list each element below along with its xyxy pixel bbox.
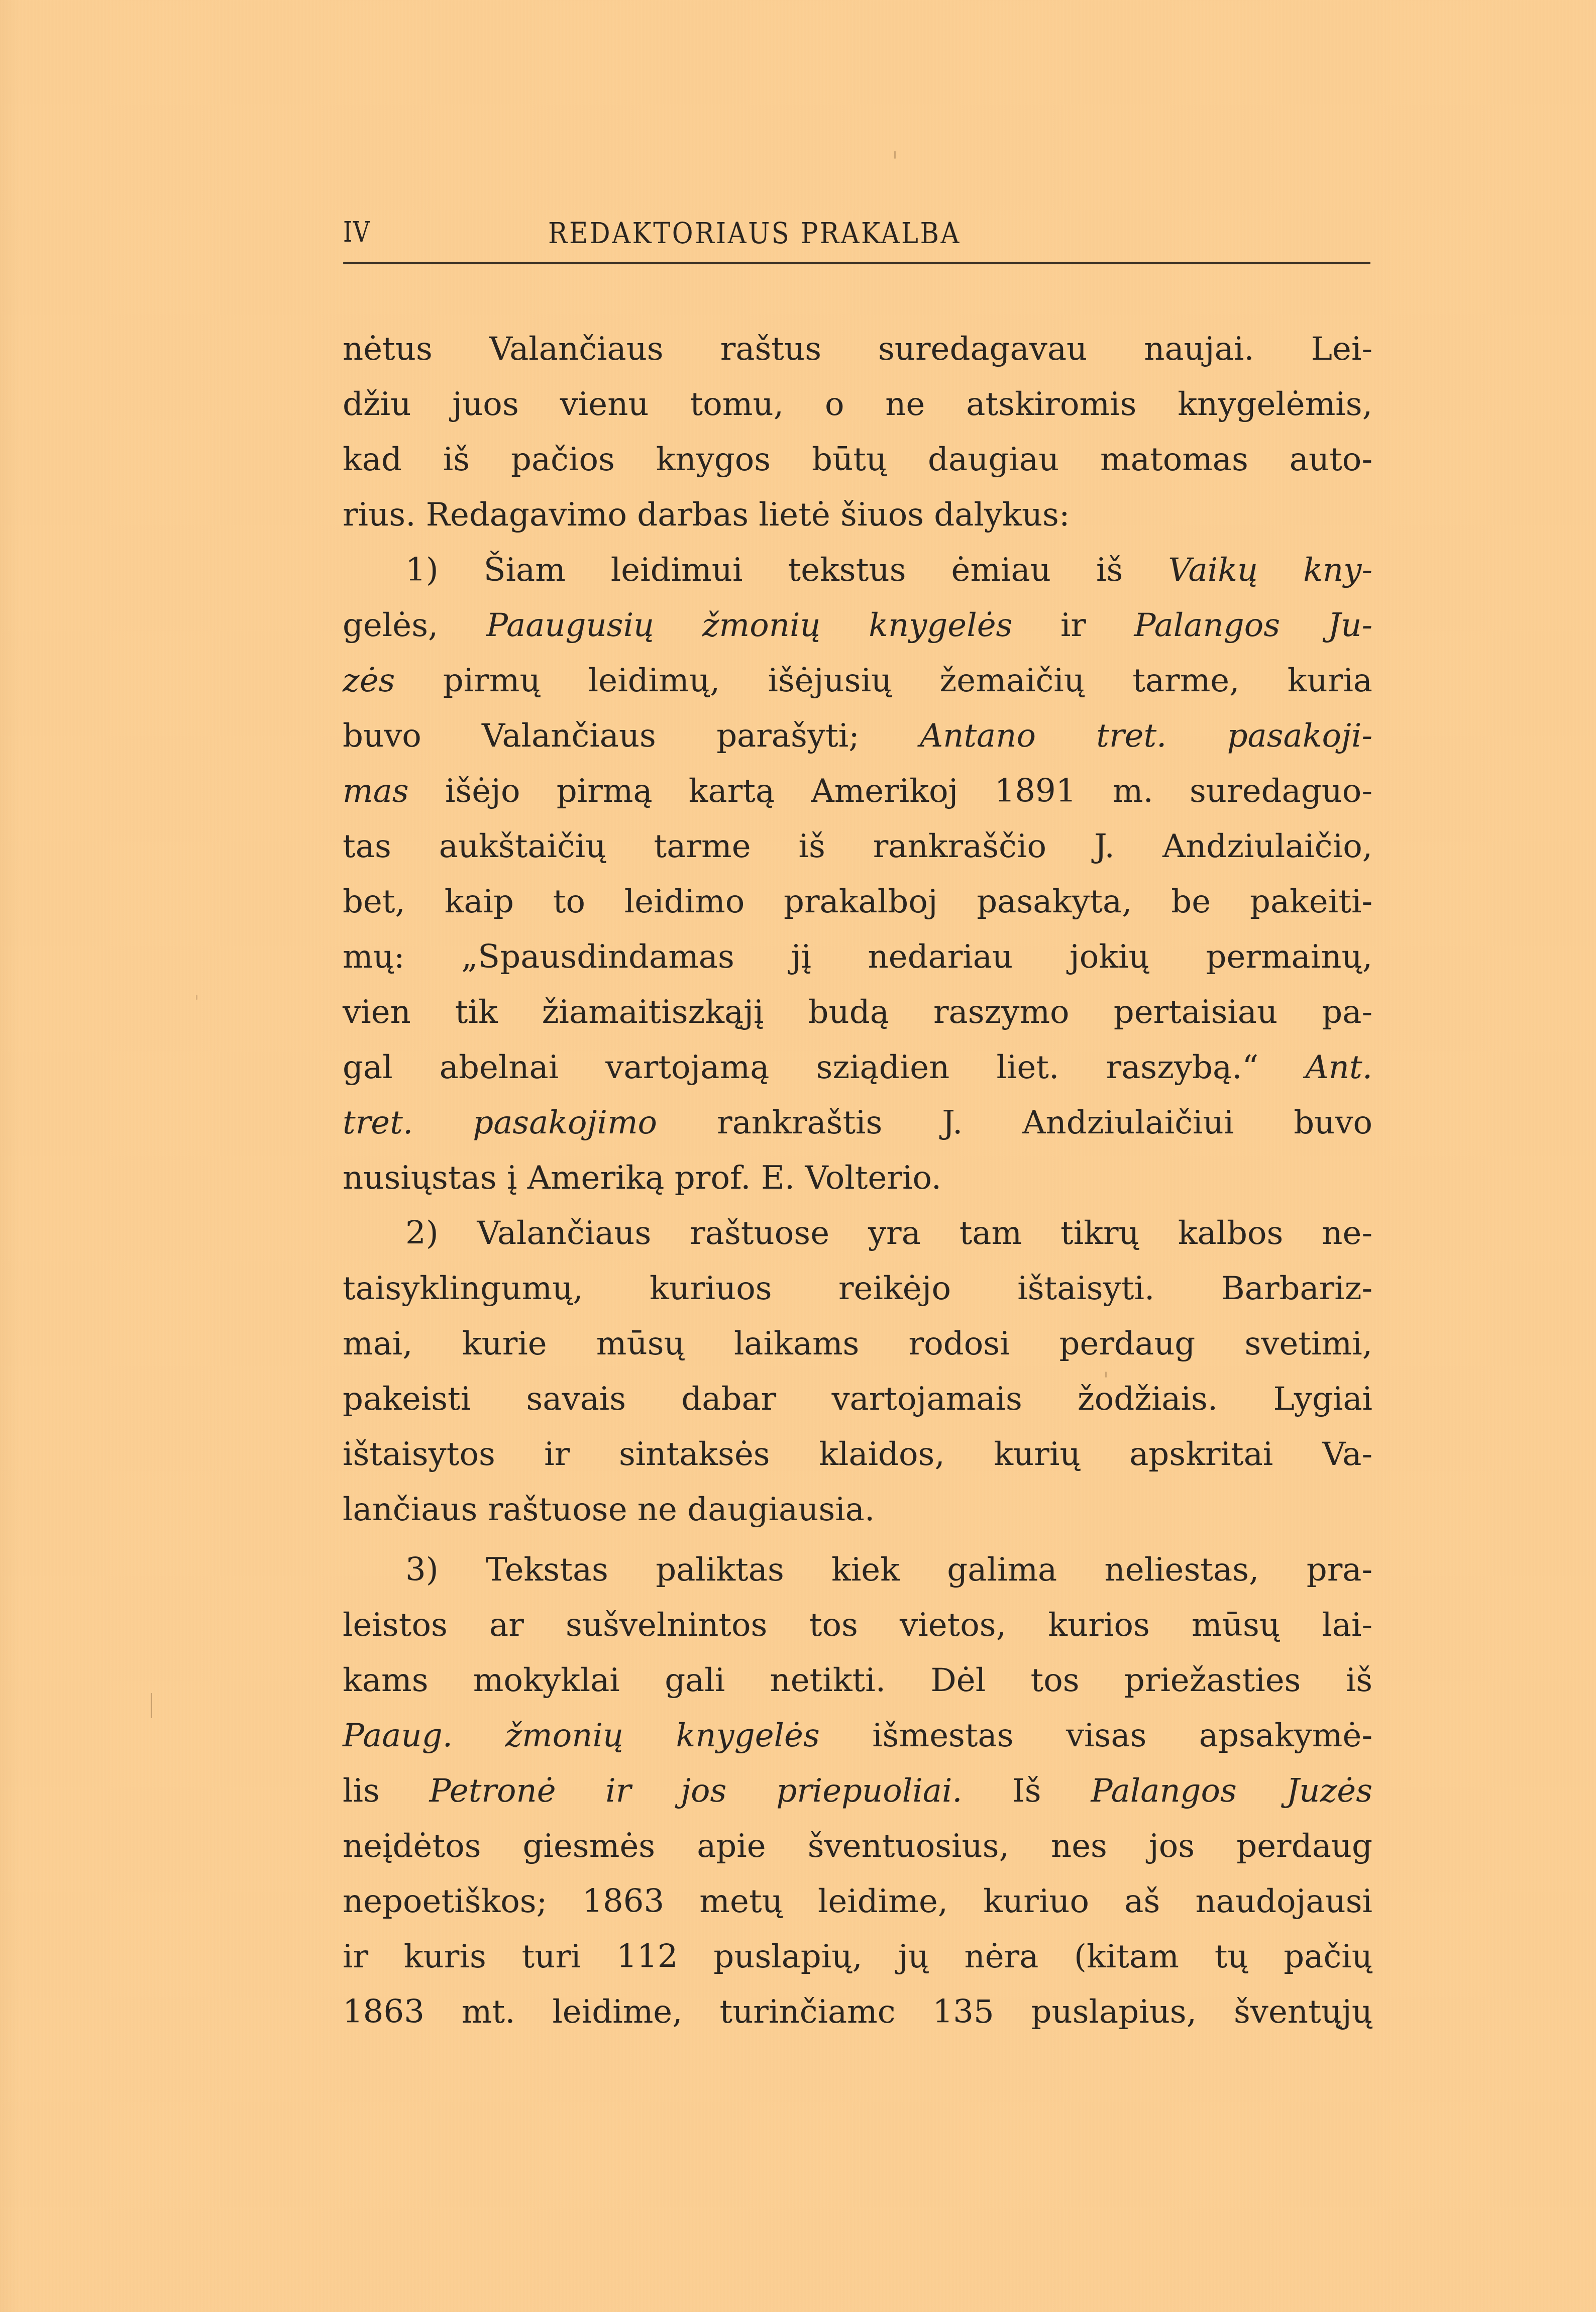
text-run: rankraštis J. Andziulaičiui buvo — [657, 1104, 1372, 1141]
italic-title: Paaugusių žmonių knygelės — [486, 607, 1013, 644]
text-line-item-1-start: 1) Šiam leidimui tekstus ėmiau iš Vaikų … — [343, 543, 1372, 598]
text-line: nėtus Valančiaus raštus suredagavau nauj… — [343, 322, 1372, 377]
text-line: zės pirmų leidimų, išėjusių žemaičių tar… — [343, 653, 1372, 708]
running-title: REDAKTORIAUS PRAKALBA — [548, 216, 961, 250]
text-line: lančiaus raštuose ne daugiausia. — [343, 1482, 1372, 1537]
text-line: 1863 mt. leidime, turinčiamc 135 puslapi… — [343, 1984, 1372, 2040]
text-line: vien tik žiamaitiszkąjį budą raszymo per… — [343, 985, 1372, 1040]
text-run: lis — [343, 1772, 430, 1810]
text-line: ir kuris turi 112 puslapių, jų nėra (kit… — [343, 1929, 1372, 1984]
text-line: nusiųstas į Ameriką prof. E. Volterio. — [343, 1150, 1372, 1206]
text-line: pakeisti savais dabar vartojamais žodžia… — [343, 1372, 1372, 1427]
paper-speck — [894, 151, 896, 159]
text-line: Paaug. žmonių knygelės išmestas visas ap… — [343, 1708, 1372, 1763]
text-line: neįdėtos giesmės apie šventuosius, nes j… — [343, 1819, 1372, 1874]
text-run: 1) Šiam leidimui tekstus ėmiau iš — [405, 552, 1168, 589]
italic-title: Palangos Ju- — [1134, 607, 1372, 644]
italic-title: Paaug. žmonių knygelės — [343, 1717, 820, 1754]
text-line: gal abelnai vartojamą sziądien liet. ras… — [343, 1040, 1372, 1095]
text-run: gal abelnai vartojamą sziądien liet. ras… — [343, 1049, 1306, 1086]
text-run: gelės, — [343, 607, 486, 644]
paper-speck — [196, 995, 197, 1000]
italic-title: Antano tret. pasakoji- — [920, 717, 1372, 755]
text-run: išėjo pirmą kartą Amerikoj 1891 m. sured… — [409, 773, 1372, 810]
header-rule — [343, 262, 1370, 264]
text-line: kad iš pačios knygos būtų daugiau matoma… — [343, 432, 1372, 487]
italic-title: Ant. — [1306, 1049, 1373, 1086]
text-line: gelės, Paaugusių žmonių knygelės ir Pala… — [343, 598, 1372, 653]
italic-title: Palangos Juzės — [1091, 1772, 1372, 1810]
text-line: rius. Redagavimo darbas lietė šiuos daly… — [343, 487, 1372, 543]
italic-title: tret. pasakojimo — [343, 1104, 657, 1141]
text-line: mai, kurie mūsų laikams rodosi perdaug s… — [343, 1316, 1372, 1372]
text-line: buvo Valančiaus parašyti; Antano tret. p… — [343, 708, 1372, 764]
text-line: taisyklingumų, kuriuos reikėjo ištaisyti… — [343, 1261, 1372, 1316]
page-number: IV — [343, 216, 371, 249]
text-line: mas išėjo pirmą kartą Amerikoj 1891 m. s… — [343, 764, 1372, 819]
text-line: mų: „Spausdindamas jį nedariau jokių per… — [343, 929, 1372, 985]
body-text: nėtus Valančiaus raštus suredagavau nauj… — [343, 322, 1372, 2040]
text-line: džiu juos vienu tomu, o ne atskiromis kn… — [343, 377, 1372, 432]
text-line-item-2-start: 2) Valančiaus raštuose yra tam tikrų kal… — [343, 1206, 1372, 1261]
text-line: kams mokyklai gali netikti. Dėl tos prie… — [343, 1653, 1372, 1708]
text-run: išmestas visas apsakymė- — [820, 1717, 1372, 1754]
italic-title: Petronė ir jos priepuoliai. — [430, 1772, 963, 1810]
text-line-item-3-start: 3) Tekstas paliktas kiek galima neliesta… — [343, 1542, 1372, 1598]
text-line: bet, kaip to leidimo prakalboj pasakyta,… — [343, 874, 1372, 929]
page-header: IV REDAKTORIAUS PRAKALBA — [343, 216, 1368, 256]
paper-speck — [151, 1693, 152, 1718]
text-line: tret. pasakojimo rankraštis J. Andziulai… — [343, 1095, 1372, 1150]
italic-title: mas — [343, 773, 409, 810]
text-line: leistos ar sušvelnintos tos vietos, kuri… — [343, 1598, 1372, 1653]
text-run: Iš — [963, 1772, 1091, 1810]
text-line: lis Petronė ir jos priepuoliai. Iš Palan… — [343, 1763, 1372, 1819]
italic-title: Vaikų kny- — [1168, 552, 1372, 589]
text-line: tas aukštaičių tarme iš rankraščio J. An… — [343, 819, 1372, 874]
text-run: buvo Valančiaus parašyti; — [343, 717, 920, 755]
text-run: pirmų leidimų, išėjusių žemaičių tarme, … — [395, 662, 1372, 699]
text-line: nepoetiškos; 1863 metų leidime, kuriuo a… — [343, 1874, 1372, 1929]
paragraph-gap — [343, 1537, 1372, 1542]
text-line: ištaisytos ir sintaksės klaidos, kurių a… — [343, 1427, 1372, 1482]
text-run: ir — [1012, 607, 1134, 644]
italic-title: zės — [343, 662, 395, 699]
